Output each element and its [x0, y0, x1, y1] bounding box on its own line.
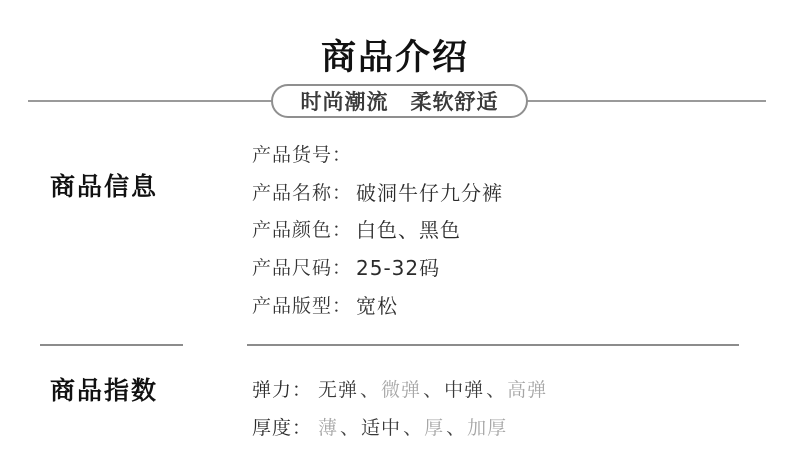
page-title: 商品介绍 — [0, 30, 790, 80]
info-row-label: 产品版型： — [252, 291, 352, 318]
info-section-heading: 商品信息 — [50, 167, 158, 203]
index-section-heading: 商品指数 — [50, 371, 158, 407]
index-row-label: 厚度： — [252, 413, 312, 440]
index-option: 微弹 — [381, 375, 421, 402]
product-detail-page: 商品介绍 时尚潮流 柔软舒适 商品信息 产品货号： 产品名称： 破洞牛仔九分裤 … — [0, 0, 790, 450]
index-separator: 、 — [423, 375, 442, 402]
info-row-product-fit: 产品版型： 宽松 — [252, 285, 503, 323]
info-row-value: 25-32码 — [356, 252, 440, 281]
divider-left — [40, 344, 183, 346]
info-row-product-name: 产品名称： 破洞牛仔九分裤 — [252, 173, 503, 211]
info-row-product-color: 产品颜色： 白色、黑色 — [252, 210, 503, 248]
info-row-product-size: 产品尺码： 25-32码 — [252, 248, 503, 286]
info-row-value: 破洞牛仔九分裤 — [356, 177, 503, 206]
info-row-label: 产品颜色： — [252, 215, 352, 242]
index-option: 加厚 — [467, 413, 507, 440]
info-row-value: 白色、黑色 — [356, 214, 461, 243]
index-option: 高弹 — [507, 375, 547, 402]
tagline-text: 时尚潮流 柔软舒适 — [301, 86, 499, 116]
divider-right — [247, 344, 739, 346]
info-row-item-number: 产品货号： — [252, 135, 503, 173]
tagline-pill: 时尚潮流 柔软舒适 — [271, 84, 528, 118]
index-separator: 、 — [340, 413, 359, 440]
index-row-thickness: 厚度： 薄 、 适中 、 厚 、 加厚 — [252, 408, 547, 447]
index-separator: 、 — [403, 413, 422, 440]
index-rows: 弹力： 无弹 、 微弹 、 中弹 、 高弹 厚度： 薄 、 适中 、 厚 、 加… — [252, 369, 547, 446]
index-separator: 、 — [360, 375, 379, 402]
index-option: 适中 — [361, 413, 401, 440]
index-separator: 、 — [446, 413, 465, 440]
info-row-label: 产品尺码： — [252, 253, 352, 280]
info-row-value: 宽松 — [356, 290, 398, 319]
index-separator: 、 — [486, 375, 505, 402]
info-row-label: 产品货号： — [252, 140, 352, 167]
index-option: 无弹 — [318, 375, 358, 402]
index-row-elasticity: 弹力： 无弹 、 微弹 、 中弹 、 高弹 — [252, 369, 547, 408]
info-row-label: 产品名称： — [252, 178, 352, 205]
index-option: 中弹 — [444, 375, 484, 402]
index-row-label: 弹力： — [252, 375, 312, 402]
index-option: 薄 — [318, 413, 338, 440]
index-option: 厚 — [424, 413, 444, 440]
info-rows: 产品货号： 产品名称： 破洞牛仔九分裤 产品颜色： 白色、黑色 产品尺码： 25… — [252, 135, 503, 323]
